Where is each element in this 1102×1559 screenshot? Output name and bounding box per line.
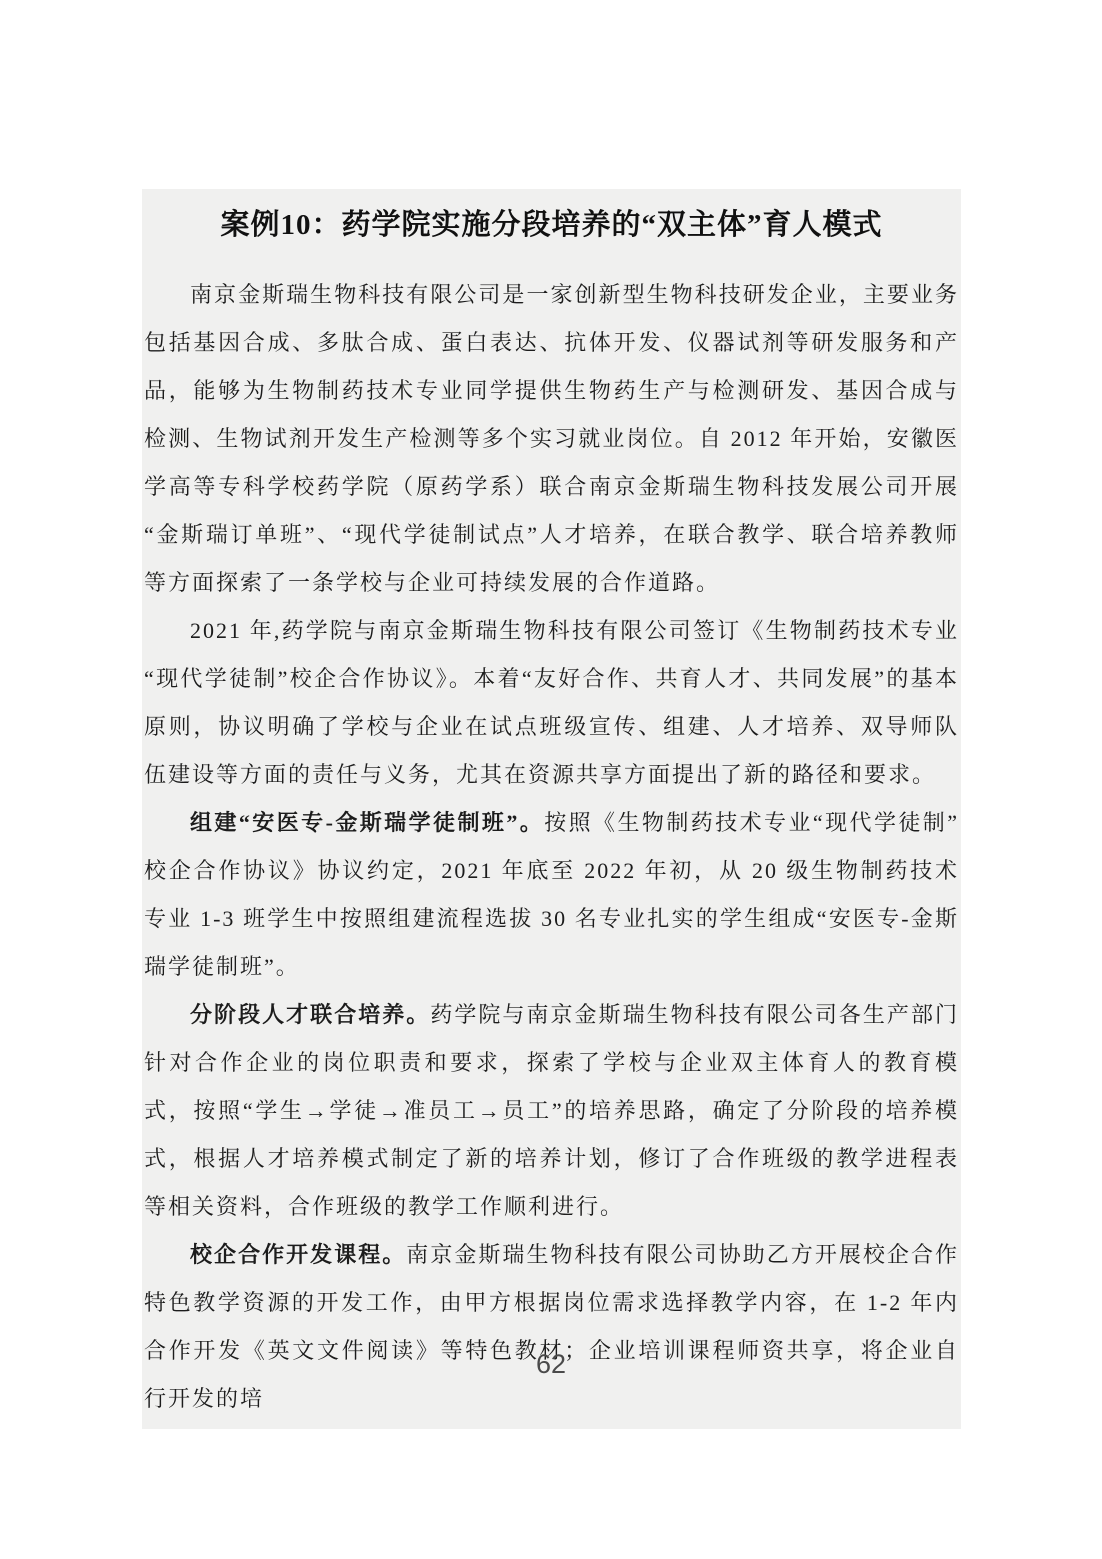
paragraph-text: 按照《生物制药技术专业“现代学徒制”校企合作协议》协议约定，2021 年底至 2… (144, 810, 959, 979)
highlighted-text-block: 案例10：药学院实施分段培养的“双主体”育人模式 南京金斯瑞生物科技有限公司是一… (142, 189, 961, 1429)
paragraph-text: 南京金斯瑞生物科技有限公司是一家创新型生物科技研发企业，主要业务包括基因合成、多… (144, 282, 959, 595)
paragraph-agreement-2021: 2021 年,药学院与南京金斯瑞生物科技有限公司签订《生物制药技术专业“现代学徒… (144, 607, 959, 799)
paragraph-apprentice-class: 组建“安医专-金斯瑞学徒制班”。按照《生物制药技术专业“现代学徒制”校企合作协议… (144, 799, 959, 991)
paragraph-bold-lead: 分阶段人才联合培养。 (190, 1002, 430, 1027)
paragraph-text: 2021 年,药学院与南京金斯瑞生物科技有限公司签订《生物制药技术专业“现代学徒… (144, 618, 959, 787)
paragraph-bold-lead: 校企合作开发课程。 (190, 1242, 406, 1267)
document-title: 案例10：药学院实施分段培养的“双主体”育人模式 (144, 205, 959, 245)
paragraph-text: 南京金斯瑞生物科技有限公司协助乙方开展校企合作特色教学资源的开发工作，由甲方根据… (144, 1242, 959, 1411)
paragraph-course-development: 校企合作开发课程。南京金斯瑞生物科技有限公司协助乙方开展校企合作特色教学资源的开… (144, 1231, 959, 1423)
paragraph-text: 药学院与南京金斯瑞生物科技有限公司各生产部门针对合作企业的岗位职责和要求，探索了… (144, 1002, 959, 1219)
page-number: 62 (0, 1346, 1102, 1382)
paragraph-company-intro: 南京金斯瑞生物科技有限公司是一家创新型生物科技研发企业，主要业务包括基因合成、多… (144, 271, 959, 607)
document-page: 案例10：药学院实施分段培养的“双主体”育人模式 南京金斯瑞生物科技有限公司是一… (0, 0, 1102, 1559)
paragraph-bold-lead: 组建“安医专-金斯瑞学徒制班”。 (190, 810, 544, 835)
paragraph-staged-training: 分阶段人才联合培养。药学院与南京金斯瑞生物科技有限公司各生产部门针对合作企业的岗… (144, 991, 959, 1231)
